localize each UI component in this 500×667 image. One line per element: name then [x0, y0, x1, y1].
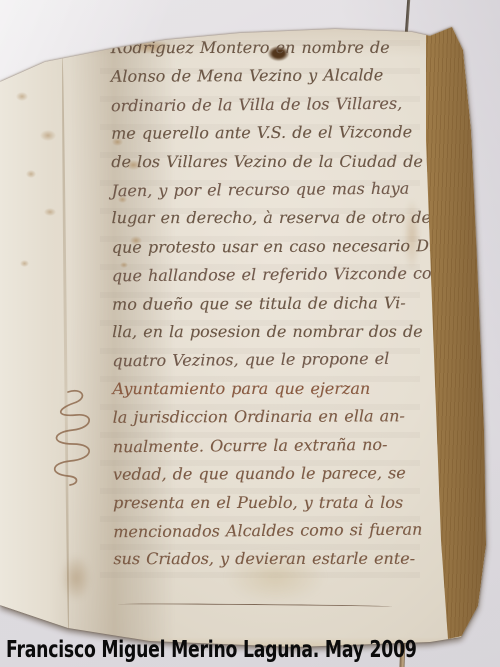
- foxing-stain: [20, 260, 29, 267]
- handwriting-line: ordinario de la Villa de los Villares,: [111, 90, 411, 121]
- foxing-stain: [26, 170, 36, 178]
- foxing-stain: [16, 92, 28, 101]
- handwriting-line: presenta en el Pueblo, y trata à los: [113, 488, 413, 517]
- handwriting-line: que hallandose el referido Vizconde co-: [112, 260, 412, 291]
- handwriting-line: la jurisdiccion Ordinaria en ella an-: [113, 402, 413, 432]
- handwriting-line: de los Villares Vezino de la Ciudad de: [111, 147, 411, 176]
- book-shadow: Rodriguez Montero en nombre de Alonso de…: [0, 0, 500, 667]
- manuscript-book-page: Rodriguez Montero en nombre de Alonso de…: [0, 0, 500, 667]
- handwriting-line: quatro Vezinos, que le propone el: [112, 345, 412, 376]
- water-stain: [62, 556, 90, 600]
- handwriting-line: vedad, de que quando le parece, se: [113, 459, 413, 489]
- handwriting-line: Alonso de Mena Vezino y Alcalde: [111, 62, 411, 92]
- foxing-stain: [40, 130, 56, 141]
- handwriting-line: lugar en derecho, à reserva de otro de: [112, 204, 412, 233]
- handwriting-line: que protesto usar en caso necesario Digo…: [112, 232, 412, 262]
- handwriting-line: mo dueño que se titula de dicha Vi-: [112, 289, 412, 319]
- handwriting-line: lla, en la posesion de nombrar dos de: [112, 318, 412, 347]
- foxing-stain: [135, 22, 153, 32]
- manuscript-text: Rodriguez Montero en nombre de Alonso de…: [111, 33, 414, 574]
- rubric-flourish-icon: [34, 386, 96, 486]
- foxing-stain: [44, 208, 56, 216]
- photo-caption: Francisco Miguel Merino Laguna. May 2009: [6, 637, 417, 663]
- handwriting-line: sus Criados, y devieran estarle ente-: [113, 545, 413, 574]
- handwriting-line: Jaen, y por el recurso que mas haya: [111, 175, 411, 206]
- handwriting-line: Ayuntamiento para que ejerzan: [112, 375, 412, 404]
- handwriting-line: nualmente. Ocurre la extraña no-: [113, 430, 413, 461]
- handwriting-line: Rodriguez Montero en nombre de: [111, 34, 411, 63]
- handwriting-line: mencionados Alcaldes como si fueran: [113, 516, 413, 547]
- facing-page: [0, 0, 70, 667]
- handwriting-line: me querello ante V.S. de el Vizconde: [111, 118, 411, 148]
- manuscript-photo: Rodriguez Montero en nombre de Alonso de…: [0, 0, 500, 667]
